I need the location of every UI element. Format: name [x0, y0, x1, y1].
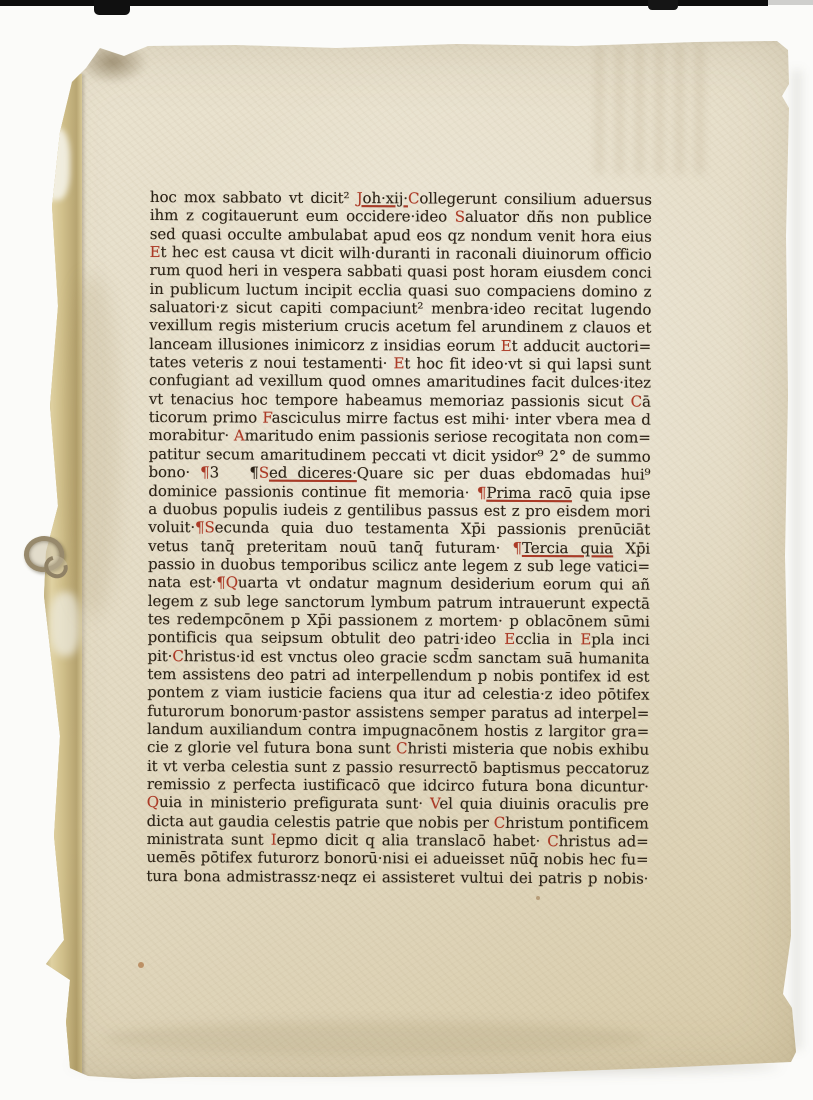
text-segment: tates veteris z noui testamenti·	[149, 353, 393, 372]
rubric-segment: E	[501, 337, 512, 355]
rubric-segment: F	[262, 409, 271, 427]
text-segment: hristi misteria que nobis exhibu	[407, 740, 649, 759]
text-segment: dominice passionis continue fit memoria·	[148, 481, 477, 501]
text-segment: hristus·id est vnctus oleo gracie scd̄m …	[184, 647, 650, 667]
stub-tear	[40, 936, 74, 1006]
rubric-segment: C	[396, 740, 407, 758]
text-segment: dicta aut gaudia celestis patrie que nob…	[147, 812, 494, 832]
text-segment: hristus ad=	[559, 832, 649, 850]
text-segment: rum quod heri in vespera sabbati quasi p…	[150, 261, 652, 282]
text-segment: Xp̄i	[613, 539, 650, 557]
text-segment: ecunda quia duo testamenta Xp̄i passioni…	[215, 519, 651, 539]
text-segment: landum auxiliandum contra impugnacōnem h…	[147, 720, 649, 741]
text-segment: t hec est causa vt dicit wilh·duranti in…	[160, 243, 651, 264]
text-segment: ā	[642, 392, 651, 410]
text-segment: in publicum luctum incipit ecclia quasi …	[149, 280, 651, 301]
rubric-segment: Tercia quia	[522, 538, 613, 556]
top-crease-marks	[596, 44, 706, 174]
rubric-segment: C	[172, 647, 183, 665]
text-segment: morabitur·	[149, 426, 234, 444]
foxing-fleck	[138, 962, 144, 968]
rubric-segment: C	[408, 189, 419, 207]
rubric-segment: ¶Q	[216, 574, 238, 592]
rubric-segment: C	[494, 813, 505, 831]
text-segment: cclia in	[515, 630, 580, 648]
rubric-segment: Q	[147, 793, 159, 811]
rubric-segment: ed diceres·	[269, 464, 357, 482]
left-margin-stain	[64, 276, 120, 616]
rubric-segment: C	[631, 392, 642, 410]
text-segment: vetus tanq̄ preteritam nouū tanq̄ futura…	[148, 537, 512, 557]
text-segment: pontem z viam iusticie faciens qua itur …	[147, 683, 649, 704]
text-segment: pit·	[148, 647, 173, 665]
text-segment: uemēs pōtifex futurorz bonorū·nisi ei ad…	[146, 848, 648, 869]
text-segment: ticorum primo	[149, 408, 263, 427]
text-segment: voluit·	[148, 518, 195, 536]
rubric-segment: E	[580, 631, 591, 649]
text-segment: el quia diuinis oraculis pre	[439, 795, 649, 814]
text-segment: patitur secum amaritudinem peccati vt di…	[149, 445, 651, 466]
text-segment: it vt verba celestia sunt z passio resur…	[147, 757, 649, 778]
text-segment: ministrata sunt	[147, 830, 271, 849]
leaf-right-shadow	[792, 70, 802, 1050]
text-segment: tura bona admistrassz·neqz ei assisteret…	[146, 867, 648, 888]
text-line: tura bona admistrassz·neqz ei assisteret…	[146, 867, 648, 888]
text-segment: passio in duobus temporibus scilicz ante…	[148, 555, 650, 576]
rubric-segment: E	[150, 243, 161, 261]
text-segment: hoc mox sabbato vt dicit²	[150, 188, 357, 207]
text-segment: t adducit auctori=	[512, 337, 652, 356]
text-segment: legem z sub lege sanctorum lymbum patrum…	[148, 592, 650, 613]
stub-light-patch-2	[50, 592, 80, 656]
stub-light-patch	[42, 128, 70, 200]
text-segment: ollegerunt consilium aduersus	[419, 189, 652, 208]
rubric-segment: ¶	[200, 463, 210, 481]
text-segment: maritudo enim passionis seriose recogita…	[245, 427, 651, 447]
text-segment: cie z glorie vel futura bona sunt	[147, 738, 396, 757]
bottom-edge-stain	[106, 1021, 646, 1055]
text-segment: ihm z cogitauerunt eum occidere·ideo	[150, 206, 455, 226]
rubric-segment: S	[455, 208, 465, 226]
text-segment: quia ipse	[572, 484, 651, 502]
rubric-segment: Prima racō	[486, 483, 572, 501]
text-segment: Quare sic per duas ebdomadas hui⁹	[357, 464, 651, 484]
text-segment: asciculus mirre factus est mihi· inter v…	[272, 409, 651, 429]
text-segment: futurorum bonorum·pastor assistens sempe…	[147, 702, 649, 723]
text-segment	[219, 464, 249, 482]
text-segment: 3	[210, 463, 220, 481]
text-segment: remissio z perfecta iustificacō que idci…	[147, 775, 649, 796]
rubric-segment: E	[504, 630, 515, 648]
rubric-segment: C	[547, 832, 558, 850]
foxing-fleck	[536, 896, 540, 900]
text-segment: uarta vt ondatur magnum desiderium eorum…	[238, 574, 650, 594]
text-segment: pontificis qua seipsum obtulit deo patri…	[148, 628, 505, 648]
text-segment: lanceam illusiones inimicorz z insidias …	[149, 335, 501, 355]
scanner-edge-notch	[94, 0, 130, 15]
text-segment: aluator dñs non publice	[465, 208, 652, 227]
rubric-segment: E	[393, 354, 404, 372]
rubric-segment: ¶S	[195, 518, 215, 536]
text-segment: saluatori·z sicut capiti compaciunt² men…	[149, 298, 651, 319]
text-segment: ¶	[249, 464, 259, 482]
rubric-segment: oh·xij·	[362, 189, 408, 207]
text-block: hoc mox sabbato vt dicit² Joh·xij·Colleg…	[146, 188, 652, 888]
text-segment: tes redempcōnem p Xp̄i passionem z morte…	[148, 610, 650, 631]
scanner-edge-gray-tip	[768, 0, 813, 5]
text-segment: tem assistens deo patri ad interpellendu…	[147, 665, 649, 686]
text-segment: vexillum regis misterium crucis acetum f…	[149, 316, 651, 337]
text-segment: uia in ministerio prefigurata sunt·	[159, 793, 430, 812]
text-segment: a duobus populis iudeis z gentilibus pas…	[148, 500, 650, 521]
rubric-segment: S	[259, 464, 269, 482]
rubric-segment: ¶	[512, 538, 522, 556]
text-segment: vt tenacius hoc tempore habeamus memoria…	[149, 390, 631, 411]
text-segment: pla inci	[591, 631, 649, 649]
scanner-edge-notch-2	[648, 0, 678, 10]
corner-stain	[78, 40, 148, 84]
text-segment: hristum pontificem	[505, 814, 649, 833]
text-segment: confugiant ad vexillum quod omnes amarit…	[149, 371, 651, 392]
rubric-segment: ¶	[477, 483, 487, 501]
text-segment: nata est·	[148, 573, 216, 591]
photo-background: hoc mox sabbato vt dicit² Joh·xij·Colleg…	[0, 0, 813, 1100]
text-segment: epmo dicit q alia translacō habet·	[277, 831, 548, 850]
text-segment: bono·	[148, 463, 200, 481]
text-segment: sed quasi occulte ambulabat apud eos qz …	[150, 225, 652, 246]
rubric-segment: V	[430, 795, 439, 813]
text-segment: t hoc fit ideo·vt si qui lapsi sunt	[404, 354, 651, 373]
rubric-segment: A	[234, 427, 245, 445]
